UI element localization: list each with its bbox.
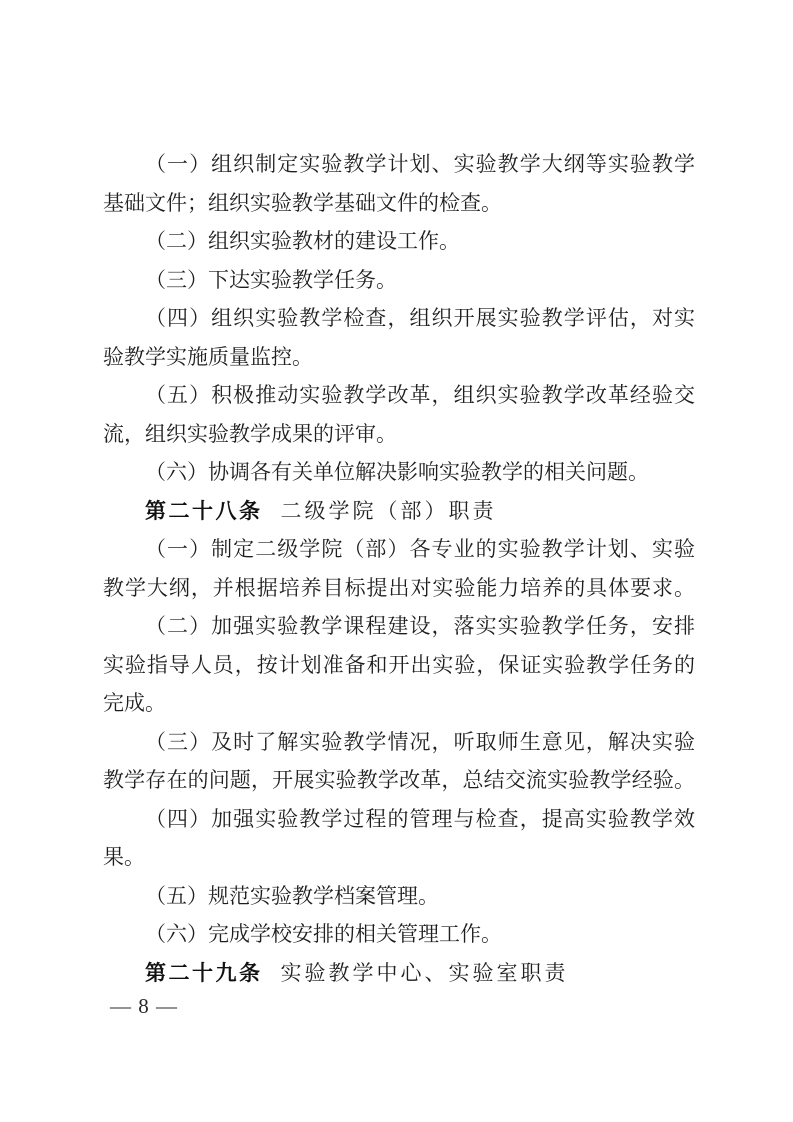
section-heading: 第二十八条二级学院（部）职责	[103, 492, 695, 531]
text-line: （三）及时了解实验教学情况，听取师生意见，解决实验	[103, 723, 695, 762]
text-line: （五）积极推动实验教学改革，组织实验教学改革经验交	[103, 376, 695, 415]
text-line: （六）协调各有关单位解决影响实验教学的相关问题。	[103, 453, 695, 492]
heading-number: 第二十九条	[145, 962, 263, 985]
text-line: 流，组织实验教学成果的评审。	[103, 415, 695, 454]
text-line: 教学大纲，并根据培养目标提出对实验能力培养的具体要求。	[103, 569, 695, 608]
text-line: （三）下达实验教学任务。	[103, 261, 695, 300]
heading-title: 二级学院（部）职责	[281, 499, 497, 523]
text-line: （二）组织实验教材的建设工作。	[103, 222, 695, 261]
heading-number: 第二十八条	[145, 500, 263, 523]
page-number: — 8 —	[110, 990, 178, 1022]
text-line: （五）规范实验教学档案管理。	[103, 877, 695, 916]
text-line: 果。	[103, 838, 695, 877]
text-line: 教学存在的问题，开展实验教学改革，总结交流实验教学经验。	[103, 761, 695, 800]
document-page: （一）组织制定实验教学计划、实验教学大纲等实验教学基础文件；组织实验教学基础文件…	[0, 0, 793, 1122]
text-line: 基础文件；组织实验教学基础文件的检查。	[103, 184, 695, 223]
text-line: 实验指导人员，按计划准备和开出实验，保证实验教学任务的	[103, 646, 695, 685]
heading-title: 实验教学中心、实验室职责	[281, 961, 569, 985]
text-line: 完成。	[103, 684, 695, 723]
text-line: （一）组织制定实验教学计划、实验教学大纲等实验教学	[103, 145, 695, 184]
text-line: 验教学实施质量监控。	[103, 338, 695, 377]
text-line: （六）完成学校安排的相关管理工作。	[103, 915, 695, 954]
text-line: （二）加强实验教学课程建设，落实实验教学任务，安排	[103, 607, 695, 646]
text-line: （四）加强实验教学过程的管理与检查，提高实验教学效	[103, 800, 695, 839]
document-body: （一）组织制定实验教学计划、实验教学大纲等实验教学基础文件；组织实验教学基础文件…	[103, 145, 695, 992]
text-line: （一）制定二级学院（部）各专业的实验教学计划、实验	[103, 530, 695, 569]
section-heading: 第二十九条实验教学中心、实验室职责	[103, 954, 695, 993]
text-line: （四）组织实验教学检查，组织开展实验教学评估，对实	[103, 299, 695, 338]
